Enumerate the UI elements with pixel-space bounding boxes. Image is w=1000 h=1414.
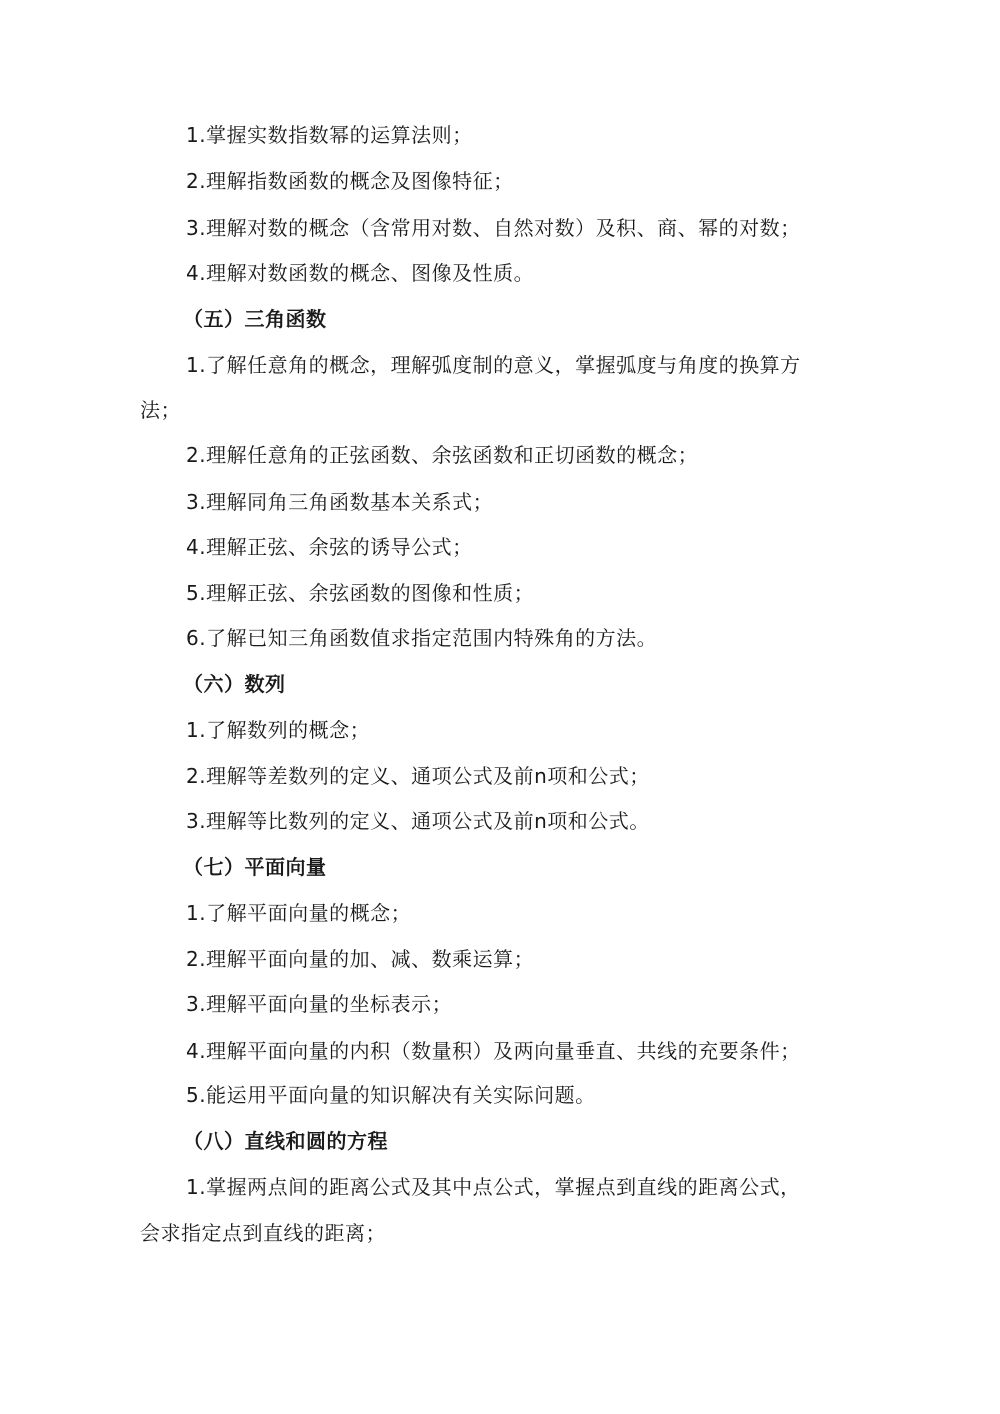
- list-item: 1.掌握两点间的距离公式及其中点公式，掌握点到直线的距离公式，: [186, 1173, 801, 1201]
- list-item: 2.理解指数函数的概念及图像特征；: [186, 167, 514, 195]
- list-item-continuation: 会求指定点到直线的距离；: [140, 1219, 386, 1247]
- list-item: 4.理解平面向量的内积（数量积）及两向量垂直、共线的充要条件；: [186, 1037, 801, 1065]
- list-item: 3.理解平面向量的坐标表示；: [186, 990, 452, 1018]
- list-item: 1.了解任意角的概念，理解弧度制的意义，掌握弧度与角度的换算方: [186, 351, 801, 379]
- list-item: 5.理解正弦、余弦函数的图像和性质；: [186, 579, 534, 607]
- document-page: 1.掌握实数指数幂的运算法则； 2.理解指数函数的概念及图像特征； 3.理解对数…: [0, 0, 1000, 1414]
- list-item: 6.了解已知三角函数值求指定范围内特殊角的方法。: [186, 624, 657, 652]
- section-heading: （五）三角函数: [183, 305, 327, 333]
- list-item: 1.了解数列的概念；: [186, 716, 370, 744]
- list-item: 1.了解平面向量的概念；: [186, 899, 411, 927]
- section-heading: （六）数列: [183, 670, 286, 698]
- list-item: 2.理解等差数列的定义、通项公式及前n项和公式；: [186, 762, 650, 790]
- list-item: 5.能运用平面向量的知识解决有关实际问题。: [186, 1081, 596, 1109]
- list-item: 3.理解等比数列的定义、通项公式及前n项和公式。: [186, 807, 650, 835]
- list-item: 4.理解正弦、余弦的诱导公式；: [186, 533, 473, 561]
- section-heading: （八）直线和圆的方程: [183, 1127, 388, 1155]
- list-item: 3.理解对数的概念（含常用对数、自然对数）及积、商、幂的对数；: [186, 214, 801, 242]
- list-item-continuation: 法；: [140, 396, 181, 424]
- section-heading: （七）平面向量: [183, 853, 327, 881]
- list-item: 2.理解任意角的正弦函数、余弦函数和正切函数的概念；: [186, 441, 698, 469]
- list-item: 2.理解平面向量的加、减、数乘运算；: [186, 945, 534, 973]
- list-item: 3.理解同角三角函数基本关系式；: [186, 488, 493, 516]
- list-item: 1.掌握实数指数幂的运算法则；: [186, 121, 473, 149]
- list-item: 4.理解对数函数的概念、图像及性质。: [186, 259, 534, 287]
